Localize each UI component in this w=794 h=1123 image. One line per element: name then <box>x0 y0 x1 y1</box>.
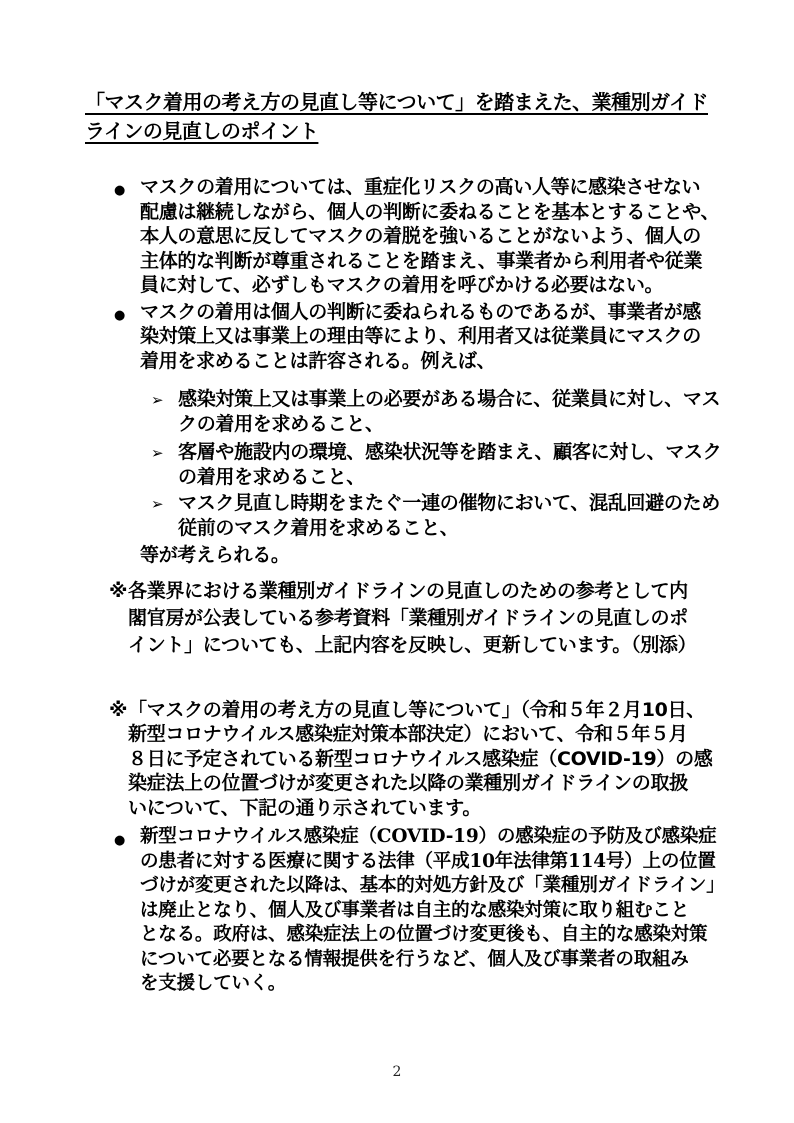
reference-mark-icon: ※ <box>109 578 127 605</box>
sub-bullet-item-customers: ➢ 客層や施設内の環境、感染状況等を踏まえ、顧客に対し、マスクの着用を求めること… <box>85 440 725 489</box>
document-content: 「マスク着用の考え方の見直し等について」を踏まえた、業種別ガイドラインの見直しの… <box>85 88 725 997</box>
page-number: 2 <box>0 1064 794 1080</box>
bullet-text: マスクの着用については、重症化リスクの高い人等に感染させない配慮は継続しながら、… <box>140 175 725 298</box>
arrow-bullet-icon: ➢ <box>151 441 163 466</box>
sub-bullet-text: 客層や施設内の環境、感染状況等を踏まえ、顧客に対し、マスクの着用を求めること、 <box>178 440 725 489</box>
bullet-text: マスクの着用は個人の判断に委ねられるものであるが、事業者が感染対策上又は事業上の… <box>140 300 725 374</box>
bullet-item-mask-individual-choice: ● マスクの着用については、重症化リスクの高い人等に感染させない配慮は継続しなが… <box>85 175 725 298</box>
sub-bullet-text: 感染対策上又は事業上の必要がある場合に、従業員に対し、マスクの着用を求めること、 <box>178 387 725 436</box>
bullet-text: 新型コロナウイルス感染症（COVID-19）の感染症の予防及び感染症の患者に対す… <box>140 825 725 997</box>
bullet-icon: ● <box>114 179 125 204</box>
document-title: 「マスク着用の考え方の見直し等について」を踏まえた、業種別ガイドラインの見直しの… <box>85 88 725 146</box>
note-guideline-update: ※ 各業界における業種別ガイドラインの見直しのための参考として内閣官房が公表して… <box>85 578 725 659</box>
note-covid-reclassification: ※ 「マスクの着用の考え方の見直し等について」（令和５年２月10日、新型コロナウ… <box>85 698 725 821</box>
sub-bullet-text: マスク見直し時期をまたぐ一連の催物において、混乱回避のため従前のマスク着用を求め… <box>178 491 725 540</box>
sub-bullet-closing-text: 等が考えられる。 <box>85 543 725 568</box>
bullet-item-law-position-change: ● 新型コロナウイルス感染症（COVID-19）の感染症の予防及び感染症の患者に… <box>85 825 725 997</box>
note-text: 「マスクの着用の考え方の見直し等について」（令和５年２月10日、新型コロナウイル… <box>128 698 725 821</box>
reference-mark-icon: ※ <box>109 698 127 723</box>
bullet-item-business-request: ● マスクの着用は個人の判断に委ねられるものであるが、事業者が感染対策上又は事業… <box>85 300 725 374</box>
bullet-icon: ● <box>114 304 125 329</box>
arrow-bullet-icon: ➢ <box>151 388 163 413</box>
arrow-bullet-icon: ➢ <box>151 492 163 517</box>
bullet-icon: ● <box>114 829 125 854</box>
sub-bullet-item-events: ➢ マスク見直し時期をまたぐ一連の催物において、混乱回避のため従前のマスク着用を… <box>85 491 725 540</box>
document-page: 「マスク着用の考え方の見直し等について」を踏まえた、業種別ガイドラインの見直しの… <box>0 0 794 1123</box>
sub-bullet-item-employees: ➢ 感染対策上又は事業上の必要がある場合に、従業員に対し、マスクの着用を求めるこ… <box>85 387 725 436</box>
note-text: 各業界における業種別ガイドラインの見直しのための参考として内閣官房が公表している… <box>128 578 725 659</box>
